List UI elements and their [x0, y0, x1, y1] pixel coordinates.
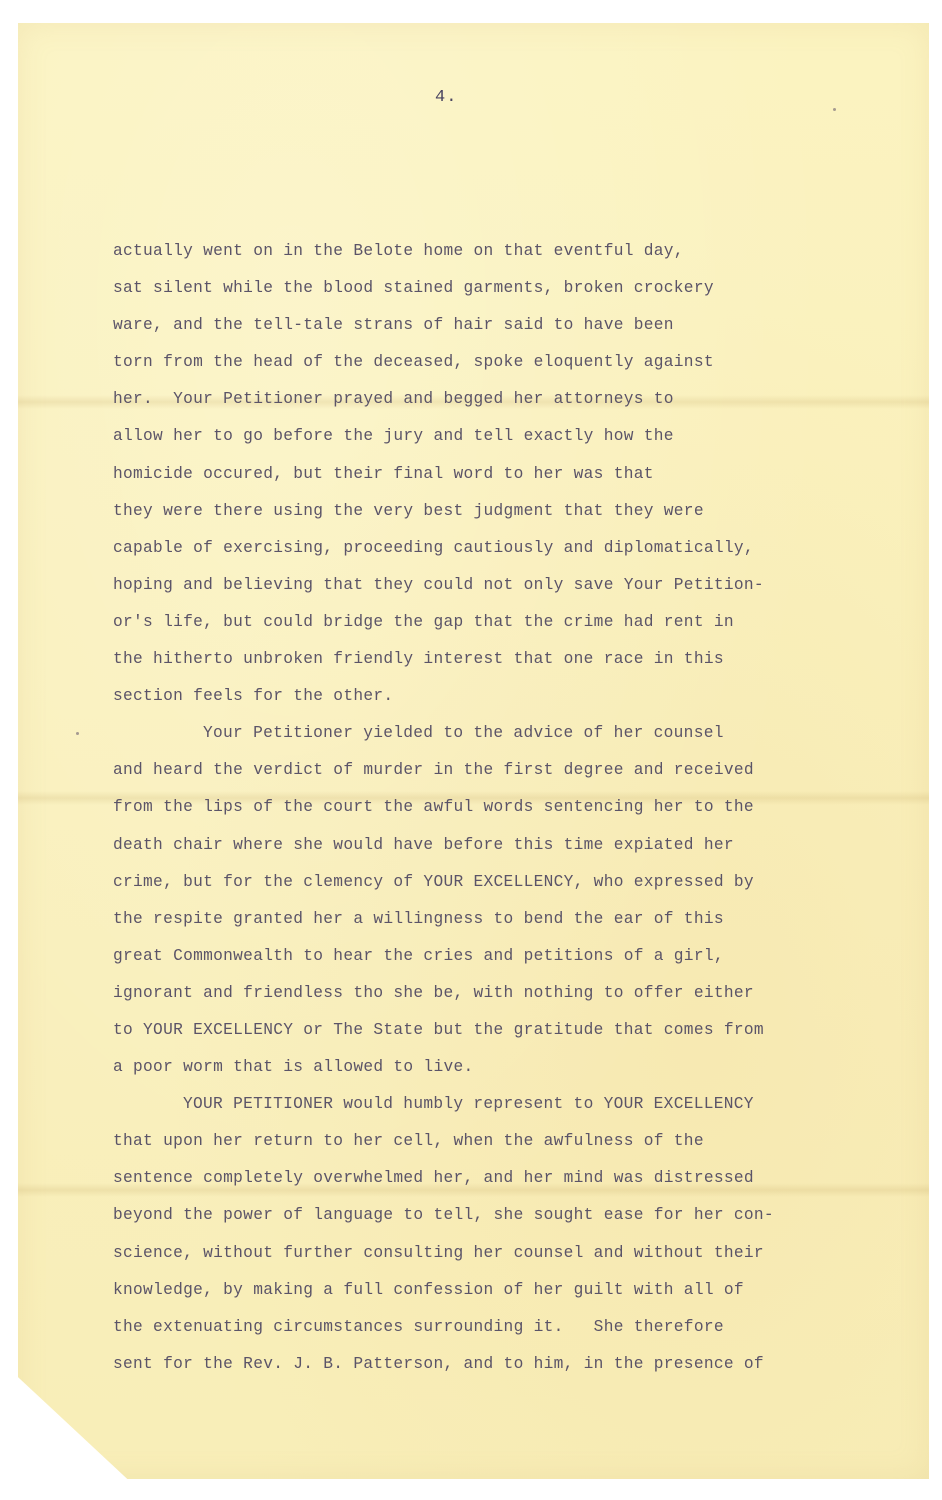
text-line: beyond the power of language to tell, sh…	[113, 1202, 873, 1239]
text-line: the hitherto unbroken friendly interest …	[113, 646, 873, 683]
ink-speck	[833, 108, 836, 111]
text-line: sent for the Rev. J. B. Patterson, and t…	[113, 1351, 873, 1388]
text-line: section feels for the other.	[113, 683, 873, 720]
text-line: hoping and believing that they could not…	[113, 572, 873, 609]
text-line: a poor worm that is allowed to live.	[113, 1054, 873, 1091]
text-line: from the lips of the court the awful wor…	[113, 794, 873, 831]
text-line: to YOUR EXCELLENCY or The State but the …	[113, 1017, 873, 1054]
text-line: actually went on in the Belote home on t…	[113, 238, 873, 275]
text-line: or's life, but could bridge the gap that…	[113, 609, 873, 646]
text-line: and heard the verdict of murder in the f…	[113, 757, 873, 794]
text-line: ignorant and friendless tho she be, with…	[113, 980, 873, 1017]
text-line: science, without further consulting her …	[113, 1240, 873, 1277]
text-line: great Commonwealth to hear the cries and…	[113, 943, 873, 980]
text-line: ware, and the tell-tale strans of hair s…	[113, 312, 873, 349]
text-line: sentence completely overwhelmed her, and…	[113, 1165, 873, 1202]
paragraph-start-line: YOUR PETITIONER would humbly represent t…	[113, 1091, 873, 1128]
text-line: her. Your Petitioner prayed and begged h…	[113, 386, 873, 423]
text-line: sat silent while the blood stained garme…	[113, 275, 873, 312]
text-line: torn from the head of the deceased, spok…	[113, 349, 873, 386]
text-line: allow her to go before the jury and tell…	[113, 423, 873, 460]
text-line: crime, but for the clemency of YOUR EXCE…	[113, 869, 873, 906]
text-line: that upon her return to her cell, when t…	[113, 1128, 873, 1165]
text-line: death chair where she would have before …	[113, 832, 873, 869]
ink-speck	[76, 732, 79, 735]
paragraph-start-line: Your Petitioner yielded to the advice of…	[113, 720, 873, 757]
text-line: homicide occured, but their final word t…	[113, 461, 873, 498]
text-line: capable of exercising, proceeding cautio…	[113, 535, 873, 572]
text-line: knowledge, by making a full confession o…	[113, 1277, 873, 1314]
document-body: actually went on in the Belote home on t…	[113, 238, 873, 1388]
text-line: the respite granted her a willingness to…	[113, 906, 873, 943]
text-line: they were there using the very best judg…	[113, 498, 873, 535]
page-number: 4.	[435, 88, 457, 107]
text-line: the extenuating circumstances surroundin…	[113, 1314, 873, 1351]
